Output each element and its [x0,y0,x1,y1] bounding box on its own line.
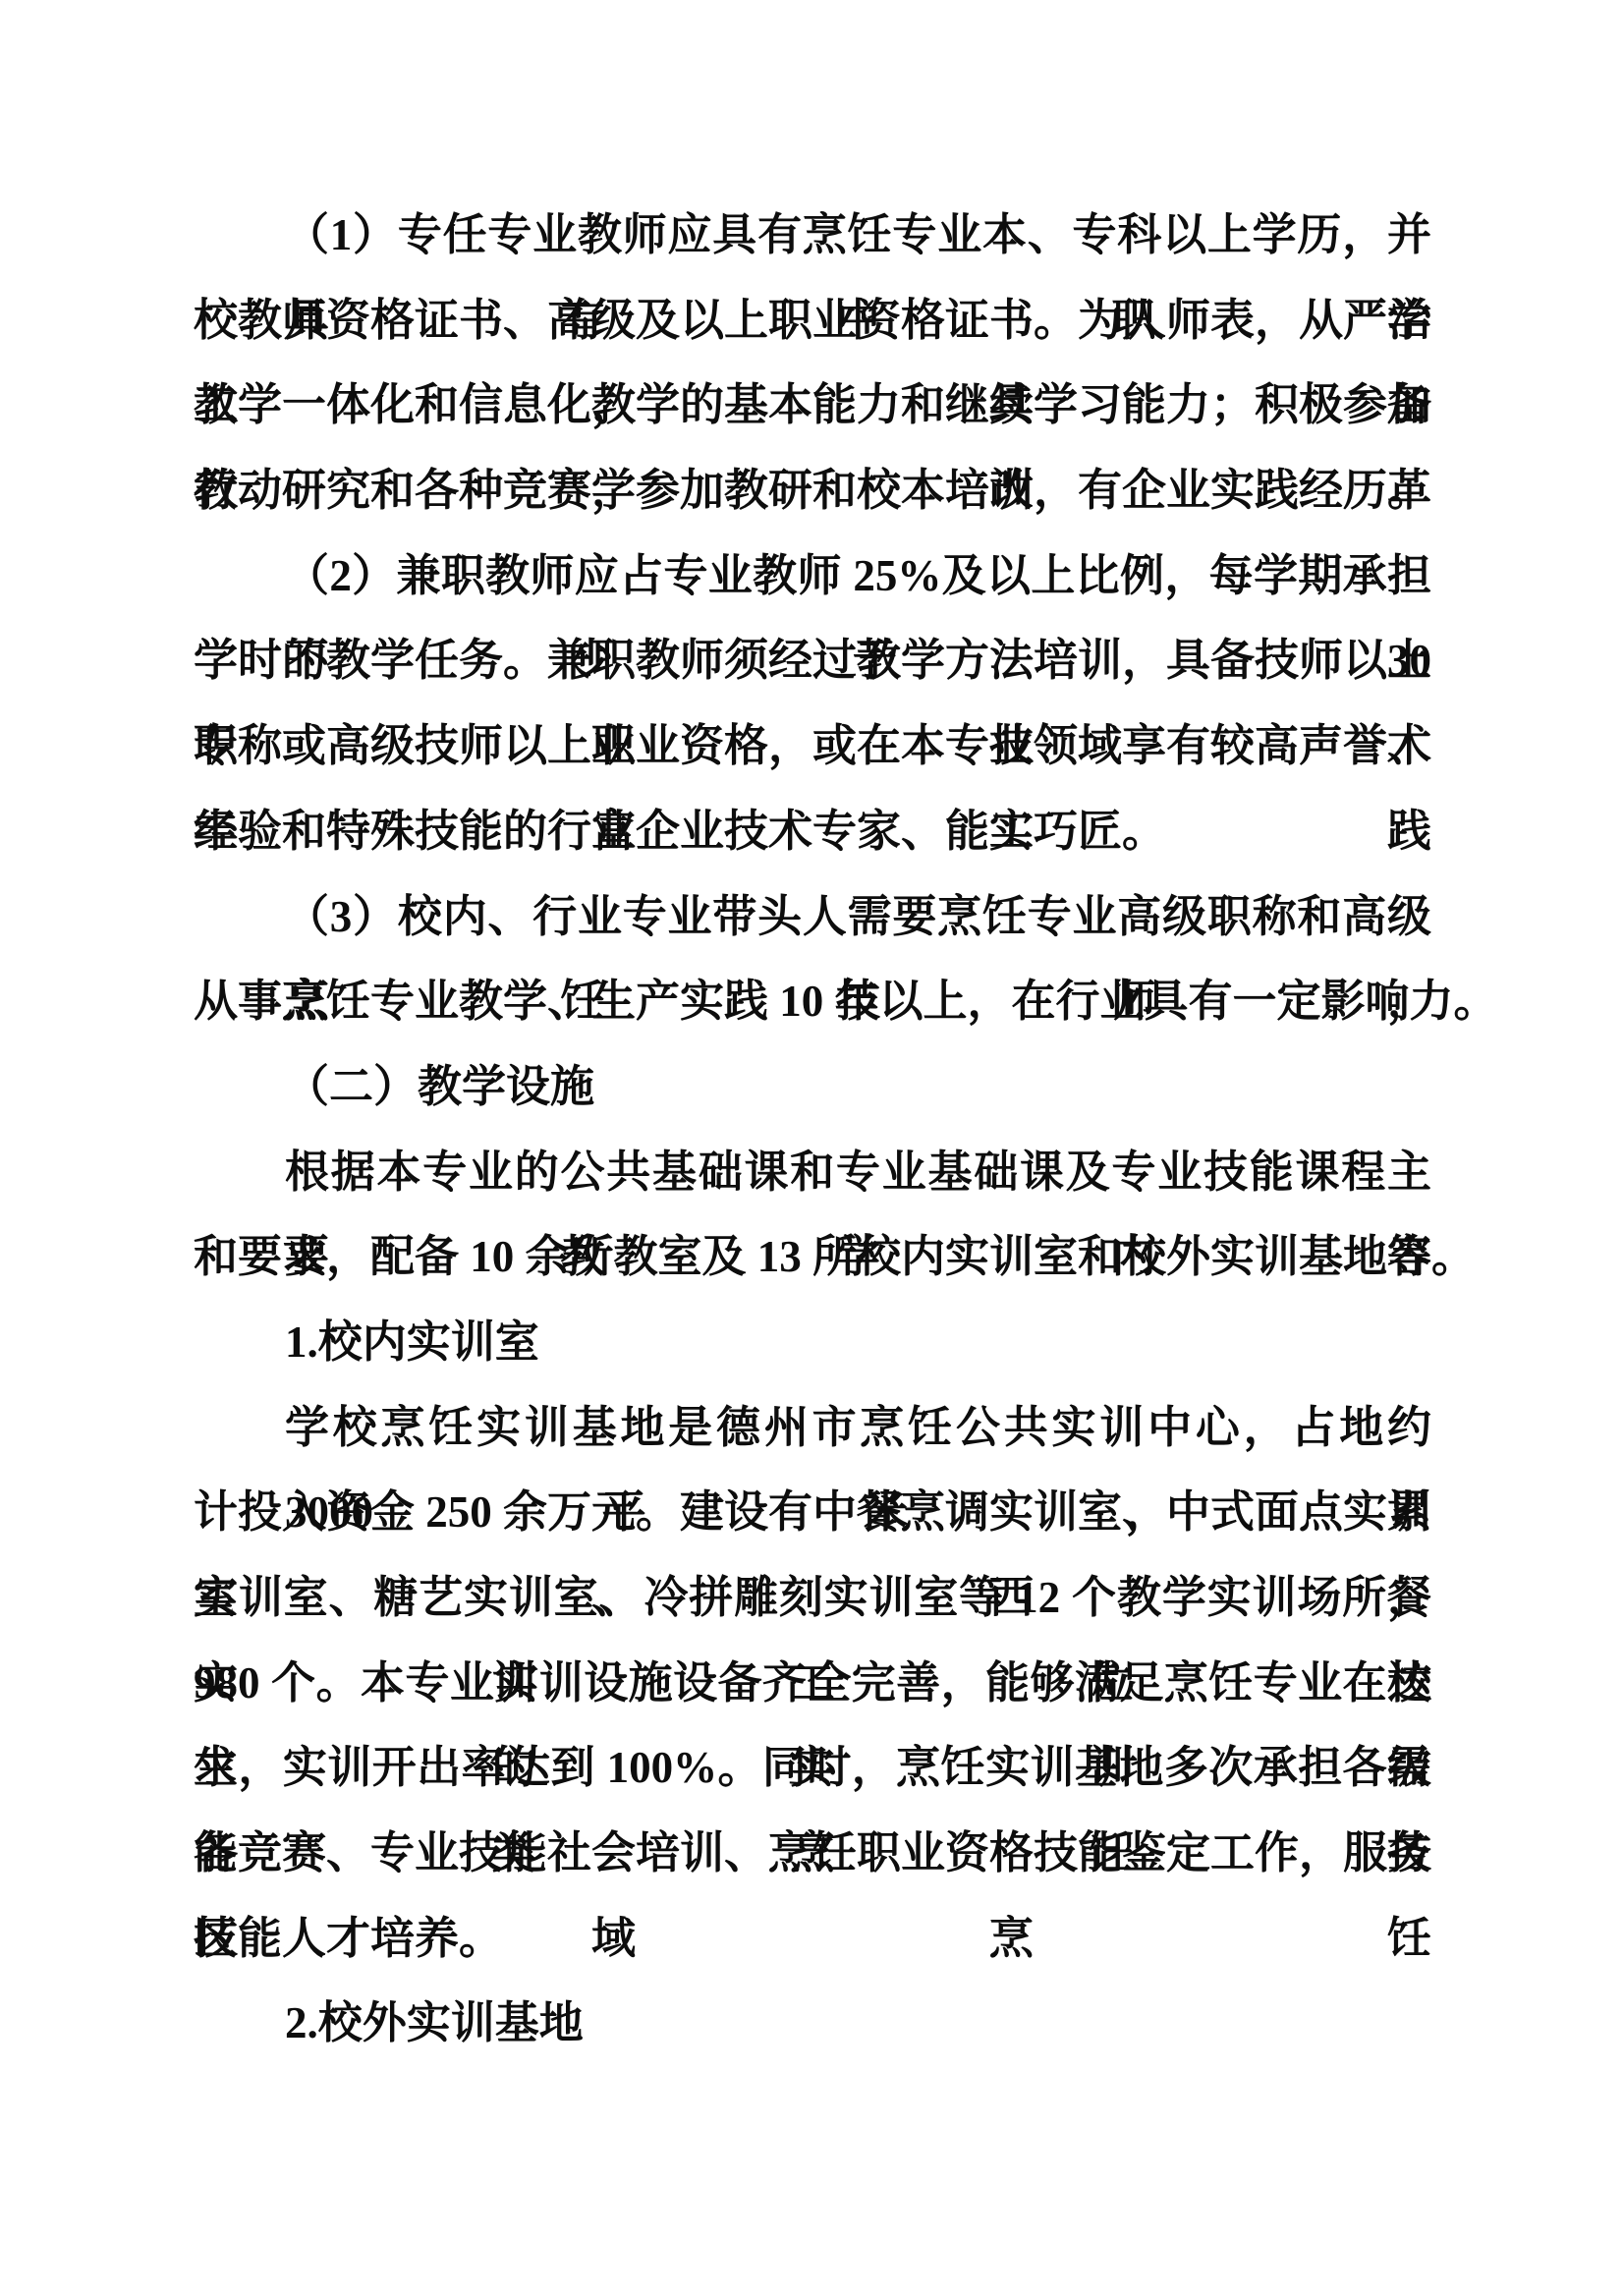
text-line: 和要求，配备 10 余所教室及 13 所校内实训室和校外实训基地等。 [194,1214,1431,1300]
text-line: 根据本专业的公共基础课和专业基础课及专业技能课程主要教学内容 [194,1130,1431,1215]
text-line: 校教师资格证书、高级及以上职业资格证书。为人师表，从严治教，具备 [194,278,1431,364]
text-block: （1）专任专业教师应具有烹饪专业本、专科以上学历，并具有中职学校教师资格证书、高… [194,193,1431,2066]
text-line: 从事烹饪专业教学、生产实践 10 年以上，在行业具有一定影响力。 [194,959,1431,1044]
text-line: 计投入资金 250 余万元。建设有中餐烹调实训室、中式面点实训室、西餐 [194,1470,1431,1555]
text-line: 职称或高级技师以上职业资格，或在本专业领域享有较高声誉、丰富实践 [194,703,1431,789]
text-line: （1）专任专业教师应具有烹饪专业本、专科以上学历，并具有中职学 [194,193,1431,278]
document-page: （1）专任专业教师应具有烹饪专业本、专科以上学历，并具有中职学校教师资格证书、高… [0,0,1623,2296]
text-line: （3）校内、行业专业带头人需要烹饪专业高级职称和高级烹饪技师， [194,874,1431,960]
text-line: 1.校内实训室 [194,1300,1431,1385]
text-line: 求，实训开出率达到 100%。同时，烹饪实训基地多次承担各级各类烹饪技 [194,1725,1431,1811]
text-line: 行动研究和各种竞赛，参加教研和校本培训，有企业实践经历。 [194,448,1431,533]
text-line: 能竞赛、专业技能社会培训、烹饪职业资格技能鉴定工作，服务区域烹饪 [194,1811,1431,1896]
text-line: 学校烹饪实训基地是德州市烹饪公共实训中心，占地约 3000 平米，累 [194,1385,1431,1471]
text-line: 980 个。本专业实训设施设备齐全完善，能够满足烹饪专业在校生的实训需 [194,1641,1431,1726]
text-line: 实训室、糖艺实训室、冷拼雕刻实训室等 12 个教学实训场所，实训工位达 [194,1555,1431,1641]
text-line: 学时的教学任务。兼职教师须经过教学方法培训，具备技师以上专业技术 [194,618,1431,703]
text-line: （2）兼职教师应占专业教师 25%及以上比例，每学期承担不少于 30 [194,533,1431,619]
text-line: 工学一体化和信息化教学的基本能力和继续学习能力；积极参加教学改革 [194,363,1431,448]
text-line: （二）教学设施 [194,1044,1431,1130]
text-line: 2.校外实训基地 [194,1981,1431,2066]
